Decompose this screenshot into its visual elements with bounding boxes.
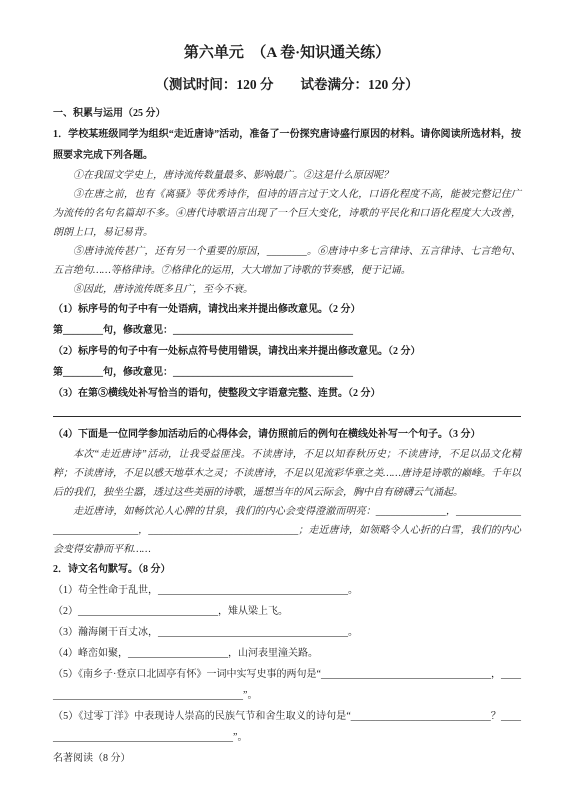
q1-sub1-stem: （1）标序号的句子中有一处语病，请找出来并提出修改意见。（2 分） [53,299,521,320]
q2-item-4: （4）峰峦如聚，____________________，山河表里潼关路。 [53,643,521,664]
q2-item-5-guolingdingyang: （5）《过零丁洋》中表现诗人崇高的民族气节和舍生取义的诗句是“_________… [53,706,521,748]
q1-passage-line-3: ⑤唐诗流传甚广，还有另一个重要的原因，________。⑥唐诗中多七言律诗、五言… [53,242,521,280]
page-subtitle: （测试时间：120 分 试卷满分：120 分） [53,74,521,96]
q1-passage-line-1: ①在我国文学史上，唐诗流传数量最多、影响最广。②这是什么原因呢？ [53,166,521,185]
section-heading-mingzhu: 名著阅读（8 分） [53,748,521,769]
q1-sub4-passage: 本次“走近唐诗”活动，让我受益匪浅。不读唐诗，不足以知春秋历史；不读唐诗，不足以… [53,445,521,502]
q2-item-5-nanxiangzi: （5）《南乡子·登京口北固亭有怀》一词中实写史事的两句是“___________… [53,664,521,706]
q1-sub2-answer-blank: 第________句，修改意见：________________________… [53,362,521,383]
q1-passage-line-2: ③在唐之前，也有《离骚》等优秀诗作，但诗的语言过于文人化，口语化程度不高，能被完… [53,185,521,242]
page-title: 第六单元 （A 卷·知识通关练） [53,42,521,64]
q1-passage-line-4: ⑧因此，唐诗流传既多且广，至今不衰。 [53,280,521,299]
q1-sub4-stem: （4）下面是一位同学参加活动后的心得体会，请仿照前后的例句在横线处补写一个句子。… [53,424,521,445]
answer-line [53,416,521,417]
q2-item-1: （1）苟全性命于乱世，_____________________________… [53,580,521,601]
section-heading-accumulation: 一、积累与运用（25 分） [53,103,521,124]
q1-sub4-fill-sentence: 走近唐诗，如畅饮沁人心脾的甘泉，我们的内心会变得澄澈而明亮：__________… [53,502,521,559]
exam-page: 第六单元 （A 卷·知识通关练） （测试时间：120 分 试卷满分：120 分）… [0,0,567,800]
q2-stem: 2．诗文名句默写。（8 分） [53,559,521,580]
q1-sub1-answer-blank: 第________句，修改意见：________________________… [53,320,521,341]
q2-item-3: （3）瀚海阑干百丈冰，_____________________________… [53,622,521,643]
q1-sub3-stem: （3）在第⑤横线处补写恰当的语句，使整段文字语意完整、连贯。（2 分） [53,383,521,404]
q2-item-2: （2）____________________________，雉从梁上飞。 [53,601,521,622]
q1-stem: 1．学校某班级同学为组织“走近唐诗”活动，准备了一份探究唐诗盛行原因的材料。请你… [53,124,521,166]
q1-sub2-stem: （2）标序号的句子中有一处标点符号使用错误，请找出来并提出修改意见。（2 分） [53,341,521,362]
